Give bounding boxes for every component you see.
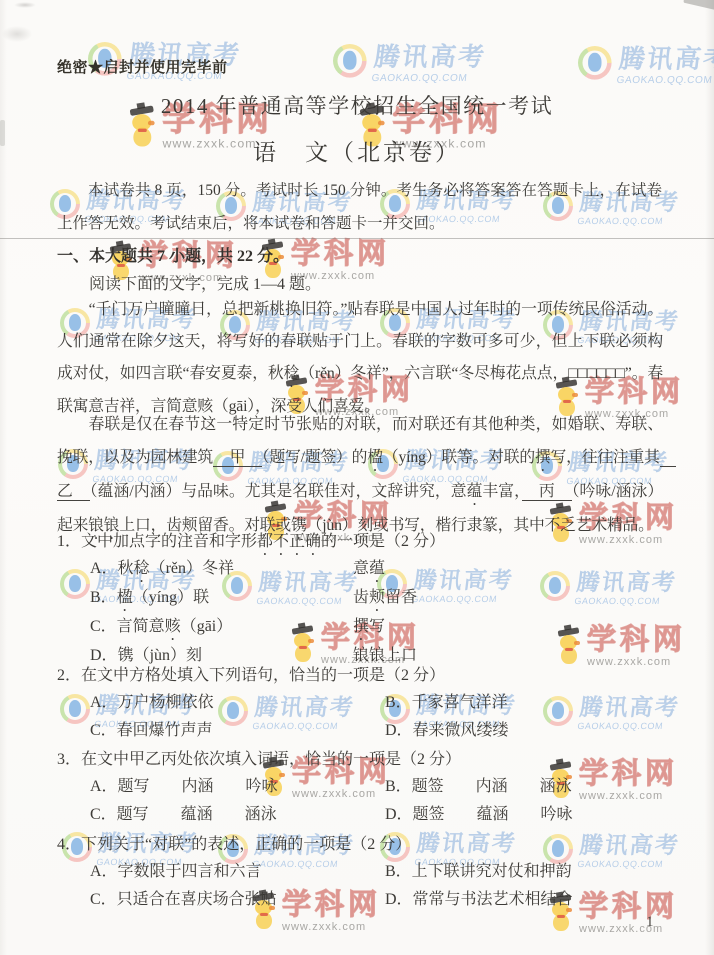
exam-content: 绝密★启封并使用完毕前 2014 年普通高等学校招生全国统一考试 语 文（北京卷…: [0, 0, 714, 955]
option-a-left: A．秋稔（rěn）冬祥: [90, 555, 353, 584]
question-4-options: A．字数限于四言和六言 B．上下联讲究对仗和押韵 C．只适合在喜庆场合张贴 D．…: [57, 858, 666, 914]
security-classification: 绝密★启封并使用完毕前: [57, 56, 228, 77]
exam-instructions: 本试卷共 8 页，150 分。考试时长 150 分钟。考生务必将答案答在答题卡上…: [57, 174, 662, 240]
option-a-right: 意蕴: [353, 555, 417, 584]
question-3-stem: 3．在文中甲乙丙处依次填入词语，恰当的一项是（2 分）: [57, 746, 666, 773]
question-2: 2．在文中方格处填入下列语句，恰当的一项是（2 分） A．万户杨柳依依 B．千家…: [57, 662, 666, 745]
option-a: A．万户杨柳依依: [90, 689, 385, 717]
passage-paragraph-2: 春联是仅在春节这一特定时节张贴的对联，而对联还有其他种类，如婚联、寿联、挽联，以…: [57, 408, 663, 543]
option-a: A．题写 内涵 吟咏: [90, 773, 385, 801]
option-c: C．春回爆竹声声: [90, 717, 385, 745]
question-3: 3．在文中甲乙丙处依次填入词语，恰当的一项是（2 分） A．题写 内涵 吟咏 B…: [57, 746, 666, 829]
question-1: 1．文中加点字的注音和字形都不正确的一项是（2 分） A．秋稔（rěn）冬祥 意…: [57, 528, 666, 671]
scanned-exam-page: 腾讯高考 GAOKAO.QQ.COM 腾讯高考 GAOKAO.QQ.COM 腾讯…: [0, 0, 714, 955]
exam-subject-line: 语 文（北京卷）: [0, 134, 714, 167]
option-b: B．题签 内涵 涵泳: [385, 773, 573, 801]
section-one-heading: 一、本大题共 7 小题，共 22 分。: [57, 243, 289, 266]
option-b: B．千家喜气洋洋: [385, 689, 509, 717]
option-a: A．字数限于四言和六言: [90, 858, 385, 886]
divider-line: [0, 238, 714, 239]
question-4: 4．下列关于“对联”的表述，正确的一项是（2 分） A．字数限于四言和六言 B．…: [57, 831, 666, 914]
option-d: D．常常与书法艺术相结合: [385, 886, 573, 914]
option-b-left: B．楹（yíng）联: [90, 584, 353, 613]
option-d: D．春来微风缕缕: [385, 717, 509, 745]
option-c-right: 撰写: [353, 613, 417, 642]
question-1-stem: 1．文中加点字的注音和字形都不正确的一项是（2 分）: [57, 528, 666, 555]
option-b: B．上下联讲究对仗和押韵: [385, 858, 573, 886]
option-c: C．只适合在喜庆场合张贴: [90, 886, 385, 914]
page-number: 1: [646, 914, 654, 931]
passage-paragraph-1: “千门万户曈曈日，总把新桃换旧符。”贴春联是中国人过年时的一项传统民俗活动。人们…: [57, 294, 663, 424]
question-2-stem: 2．在文中方格处填入下列语句，恰当的一项是（2 分）: [57, 662, 666, 689]
option-b-right: 齿颊留香: [353, 584, 417, 613]
option-d: D．题签 蕴涵 吟咏: [385, 801, 573, 829]
question-4-stem: 4．下列关于“对联”的表述，正确的一项是（2 分）: [57, 831, 666, 858]
question-2-options: A．万户杨柳依依 B．千家喜气洋洋 C．春回爆竹声声 D．春来微风缕缕: [57, 689, 666, 745]
exam-title: 2014 年普通高等学校招生全国统一考试: [0, 90, 714, 120]
option-c-left: C．言简意赅（gāi）: [90, 613, 353, 642]
question-1-options: A．秋稔（rěn）冬祥 意蕴 B．楹（yíng）联 齿颊留香 C．言简意赅（gā…: [57, 555, 666, 671]
section-one-intro: 阅读下面的文字，完成 1—4 题。: [89, 271, 321, 294]
option-c: C．题写 蕴涵 涵泳: [90, 801, 385, 829]
question-3-options: A．题写 内涵 吟咏 B．题签 内涵 涵泳 C．题写 蕴涵 涵泳 D．题签 蕴涵…: [57, 773, 666, 829]
